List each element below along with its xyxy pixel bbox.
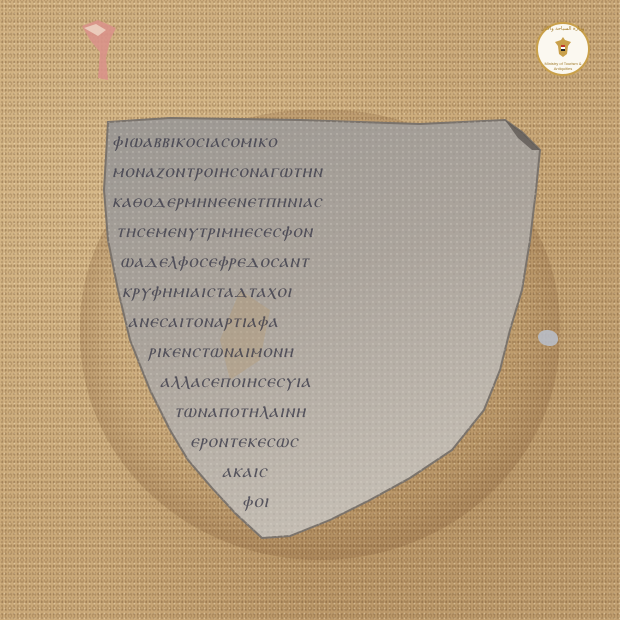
logo-arabic-text: وزارة السياحة والآثار bbox=[538, 26, 588, 32]
inscription-line: ⲫⲟⲓ bbox=[112, 486, 532, 516]
eagle-emblem-icon bbox=[553, 36, 573, 58]
inscription-line: ⲕⲣⲩⲫⲏⲙⲓⲁⲓⲥⲧⲁⲇⲧⲁⲭⲟⲓ bbox=[112, 276, 532, 306]
inscription-line: ⲁⲕⲁⲓⲥ bbox=[112, 456, 532, 486]
inscription-line: ⲣⲓⲕⲉⲛⲥⲧⲱⲛⲁⲓⲙⲟⲛⲏ bbox=[112, 336, 532, 366]
inscription-line: ⲧⲱⲛⲁⲡⲟⲧⲏⲗⲁⲓⲛⲏ bbox=[112, 396, 532, 426]
inscription-line: ⲫⲓⲱⲁⲃⲃⲓⲕⲟⲥⲓⲁⲥⲟⲙⲓⲕⲟ bbox=[112, 126, 532, 156]
inscription-text: ⲫⲓⲱⲁⲃⲃⲓⲕⲟⲥⲓⲁⲥⲟⲙⲓⲕⲟ ⲙⲟⲛⲁⲍⲟⲛⲧⲣⲟⲓⲏⲥⲟⲛⲁⲅⲱⲧⲏⲛ… bbox=[112, 126, 532, 516]
inscription-line: ⲉⲣⲟⲛⲧⲉⲕⲉⲥⲱⲥ bbox=[112, 426, 532, 456]
inscription-line: ⲕⲁⲑⲟⲇⲉⲣⲙⲏⲛⲉⲉⲛⲉⲧⲡⲏⲛⲓⲁⲥ bbox=[112, 186, 532, 216]
photo-scene: ⲫⲓⲱⲁⲃⲃⲓⲕⲟⲥⲓⲁⲥⲟⲙⲓⲕⲟ ⲙⲟⲛⲁⲍⲟⲛⲧⲣⲟⲓⲏⲥⲟⲛⲁⲅⲱⲧⲏⲛ… bbox=[0, 0, 620, 620]
ministry-logo: وزارة السياحة والآثار Ministry of Touris… bbox=[536, 22, 590, 76]
inscription-line: ⲧⲏⲥⲉⲙⲉⲛⲩⲧⲣⲓⲙⲏⲉⲥⲉⲥⲫⲟⲛ bbox=[112, 216, 532, 246]
logo-english-text: Ministry of Tourism & Antiquities bbox=[538, 61, 588, 71]
inscription-line: ⲙⲟⲛⲁⲍⲟⲛⲧⲣⲟⲓⲏⲥⲟⲛⲁⲅⲱⲧⲏⲛ bbox=[112, 156, 532, 186]
inscription-line: ⲁⲛⲉⲥⲁⲓⲧⲟⲛⲁⲣⲧⲓⲁⲫⲁ bbox=[112, 306, 532, 336]
inscription-line: ⲁⲗⲗⲁⲥⲉⲡⲟⲓⲏⲥⲉⲥⲩⲓⲁ bbox=[112, 366, 532, 396]
inscription-line: ⲱⲁⲇⲉⲗⲫⲟⲥⲉⲫⲣⲉⲇⲟⲥⲁⲛⲧ bbox=[112, 246, 532, 276]
pebble bbox=[538, 330, 558, 346]
